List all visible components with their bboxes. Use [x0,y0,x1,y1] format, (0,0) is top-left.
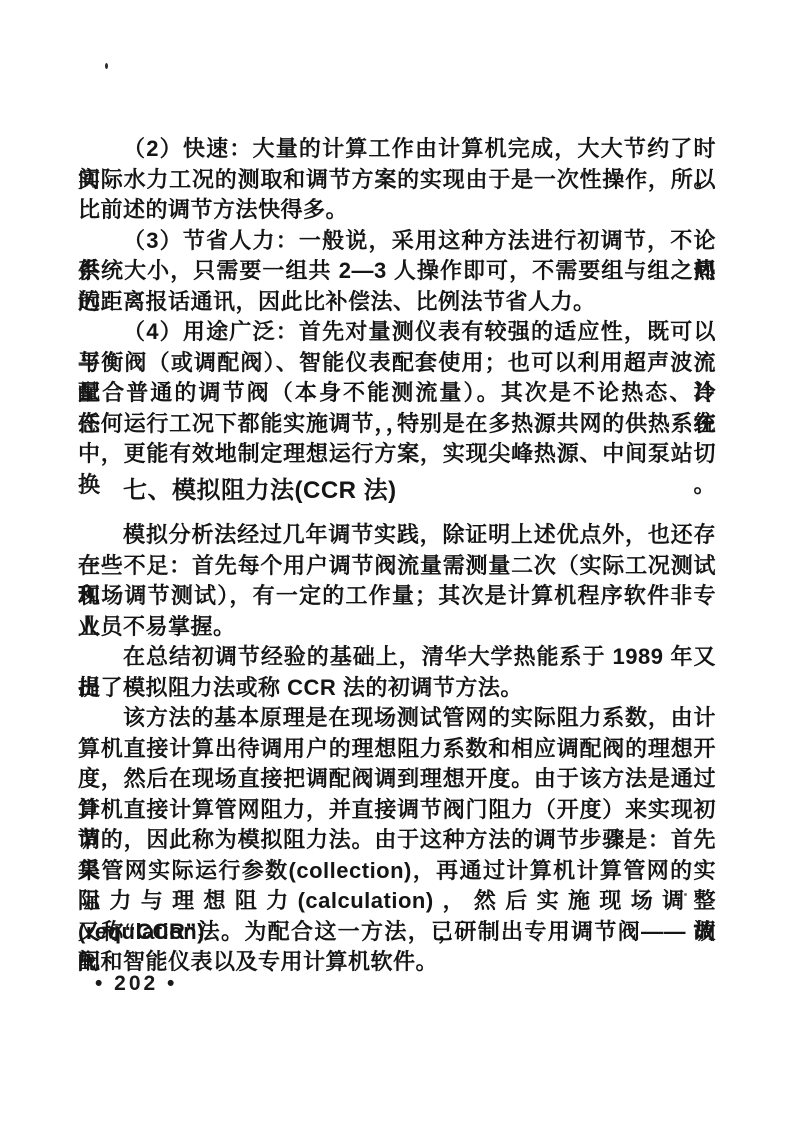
text-line: 度，然后在现场直接把调配阀调到理想开度。由于该方法是通过计 [78,764,716,795]
text-line: 任何运行工况下都能实施调节，特别是在多热源共网的供热系统 [78,409,716,440]
text-line: 集管网实际运行参数(collection)，再通过计算机计算管网的实际 [78,856,716,887]
text-line: 实际水力工况的测取和调节方案的实现由于是一次性操作，所以 [78,165,716,196]
text-line: 系统大小，只需要一组共 2—3 人操作即可，不需要组与组之间的 [78,256,716,287]
text-line: 该方法的基本原理是在现场测试管网的实际阻力系数，由计 [78,703,716,734]
text-line: 远距离报话通讯，因此比补偿法、比例法节省人力。 [78,287,716,318]
text-column: （2）快速：大量的计算工作由计算机完成，大大节约了时间。实际水力工况的测取和调节… [78,134,716,978]
scan-speck [105,63,108,69]
text-line: 中，更能有效地制定理想运行方案，实现尖峰热源、中间泵站切换。 [78,439,716,470]
text-line: 又称“CCR”法。为配合这一方法，已研制出专用调节阀—— 调配 [78,917,716,948]
text-line: 阻力与理想阻力(calculation)，然后实施现场调整(requlation… [78,886,716,917]
text-line: 在总结初调节经验的基础上，清华大学热能系于 1989 年又提 [78,642,716,673]
text-line: 出了模拟阻力法或称 CCR 法的初调节方法。 [78,673,716,704]
text-line: 模拟分析法经过几年调节实践，除证明上述优点外，也还存在 [78,520,716,551]
text-line: 比前述的调节方法快得多。 [78,195,716,226]
scanned-book-page: （2）快速：大量的计算工作由计算机完成，大大节约了时间。实际水力工况的测取和调节… [0,0,793,1121]
page-number: • 202 • [95,972,177,996]
text-line: 人员不易掌握。 [78,612,716,643]
text-line: （3）节省人力：一般说，采用这种方法进行初调节，不论供热 [78,226,716,257]
text-line: （2）快速：大量的计算工作由计算机完成，大大节约了时间。 [78,134,716,165]
text-line: 算机直接计算管网阻力，并直接调节阀门阻力（开度）来实现初调 [78,795,716,826]
text-line: 现场调节测试），有一定的工作量；其次是计算机程序软件非专业 [78,581,716,612]
text-line: （4）用途广泛：首先对量测仪表有较强的适应性，既可以与 [78,317,716,348]
text-line: 配合普通的调节阀（本身不能测流量）。其次是不论热态、冷态，在 [78,378,716,409]
text-line: 平衡阀（或调配阀）、智能仪表配套使用；也可以利用超声波流量计 [78,348,716,379]
text-line: 算机直接计算出待调用户的理想阻力系数和相应调配阀的理想开 [78,734,716,765]
text-line: 节的，因此称为模拟阻力法。由于这种方法的调节步骤是：首先采 [78,825,716,856]
text-line: 一些不足：首先每个用户调节阀流量需测量二次（实际工况测试和 [78,551,716,582]
